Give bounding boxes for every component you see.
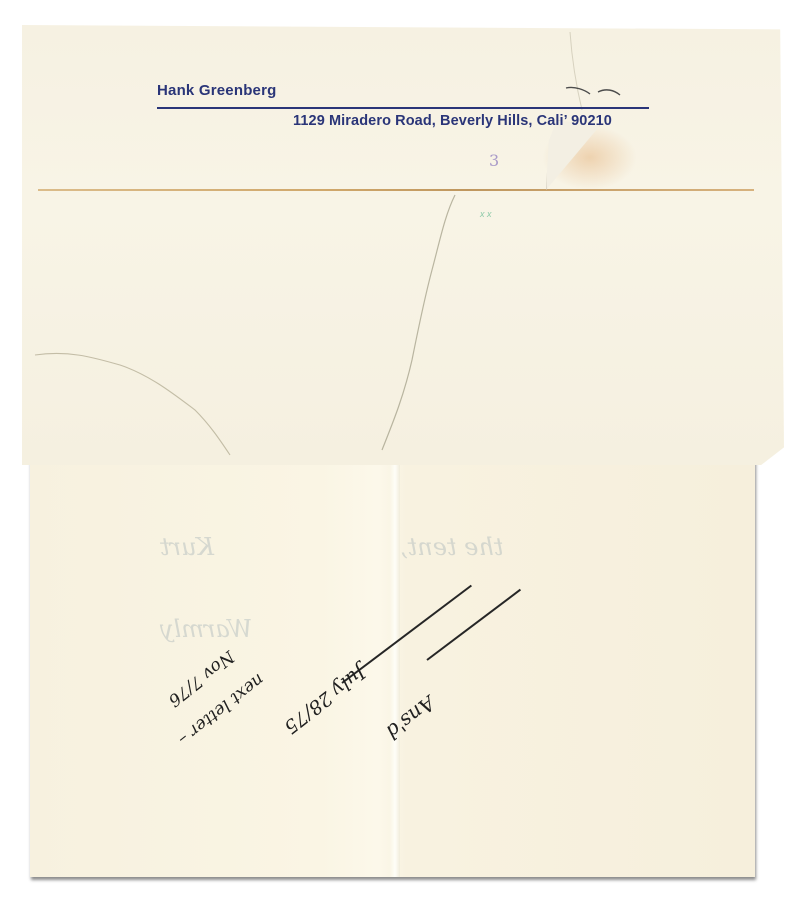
show-through-text: Warmly — [160, 615, 252, 643]
letter-sheet: Kurt the tent, Warmly — [30, 455, 755, 877]
green-mark: x x — [480, 209, 492, 219]
envelope-flap-edge — [38, 189, 754, 191]
envelope-back — [22, 25, 784, 465]
letterhead-rule — [157, 107, 649, 109]
show-through-text: the tent, — [400, 533, 504, 561]
pencil-mark: 3 — [489, 151, 499, 170]
letterhead-address: 1129 Miradero Road, Beverly Hills, Cali’… — [293, 113, 612, 129]
letterhead-name: Hank Greenberg — [157, 82, 277, 99]
letter-fold-crease — [390, 455, 400, 877]
show-through-text: Kurt — [160, 533, 214, 561]
